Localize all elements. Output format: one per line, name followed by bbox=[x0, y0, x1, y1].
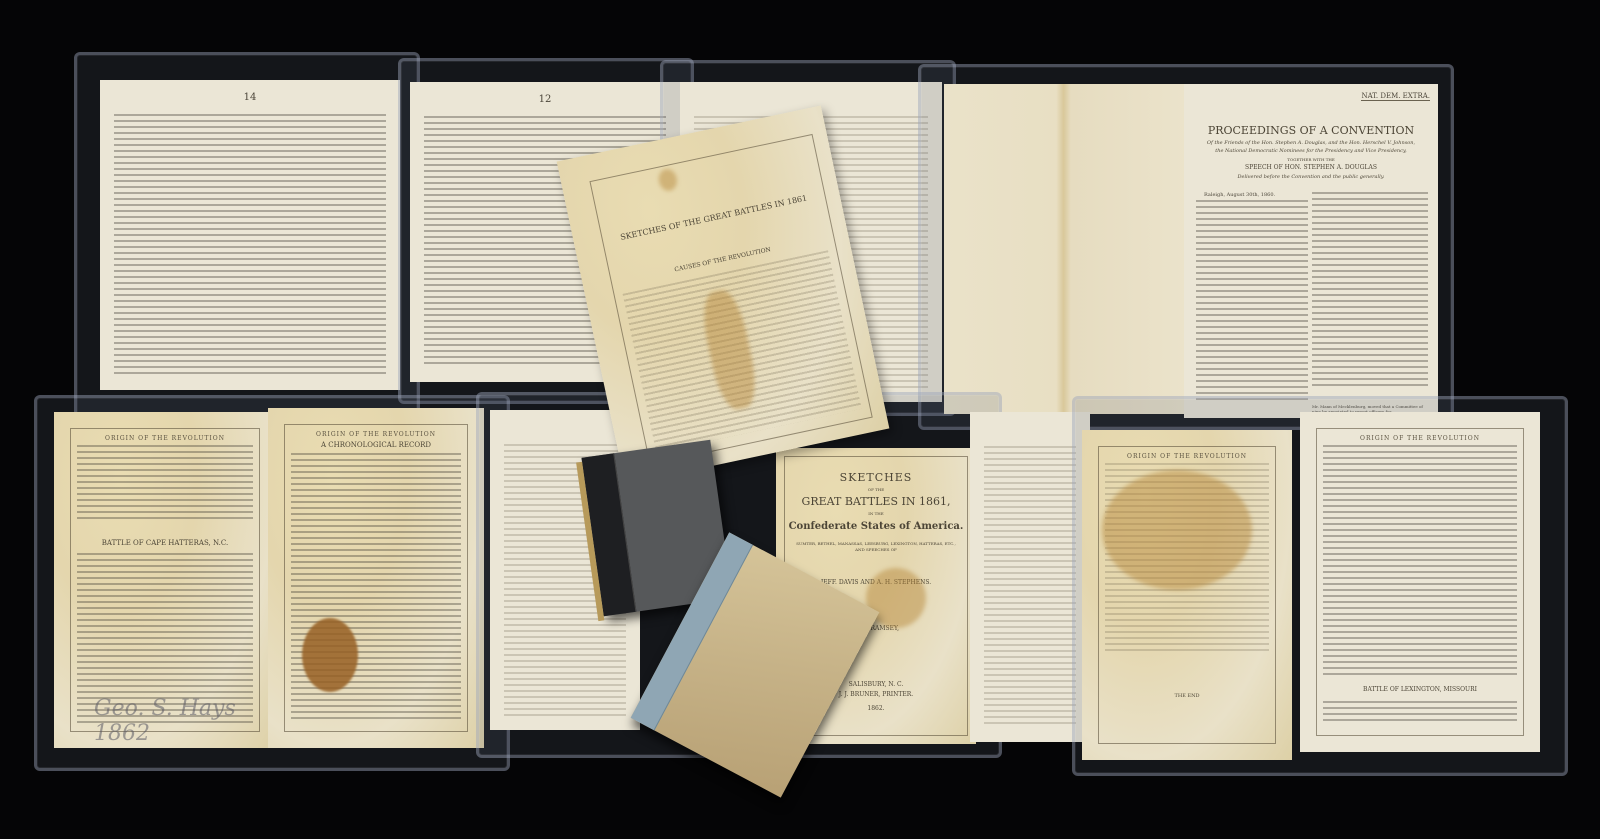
convention-subtitle-2: the National Democratic Nominees for the… bbox=[1190, 148, 1432, 154]
title-line-4: IN THE bbox=[785, 511, 967, 516]
title-line-1: SKETCHES bbox=[785, 471, 967, 484]
pamphlet-page-the-end: ORIGIN OF THE REVOLUTION THE END bbox=[1082, 430, 1292, 760]
body-text-upper bbox=[77, 445, 253, 521]
running-head: ORIGIN OF THE REVOLUTION bbox=[1317, 435, 1523, 442]
convention-subtitle-1: Of the Friends of the Hon. Stephen A. Do… bbox=[1190, 140, 1432, 146]
dateline: Raleigh, August 30th, 1860. bbox=[1204, 192, 1275, 198]
running-head: ORIGIN OF THE REVOLUTION bbox=[285, 431, 467, 438]
lexington-heading: BATTLE OF LEXINGTON, MISSOURI bbox=[1317, 686, 1523, 693]
the-end-label: THE END bbox=[1099, 693, 1275, 699]
speech-subtitle: Delivered before the Convention and the … bbox=[1184, 174, 1438, 180]
title-line-6: SUMTER, BETHEL, MANASSAS, LEESBURG, LEXI… bbox=[791, 541, 961, 553]
running-head: ORIGIN OF THE REVOLUTION bbox=[1099, 453, 1275, 460]
water-stain bbox=[302, 618, 358, 692]
page-number: 12 bbox=[410, 94, 680, 105]
speech-title: SPEECH OF HON. STEPHEN A. DOUGLAS bbox=[1184, 164, 1438, 171]
pamphlet-page-cape-hatteras: ORIGIN OF THE REVOLUTION BATTLE OF CAPE … bbox=[54, 412, 276, 748]
battle-heading: BATTLE OF CAPE HATTERAS, N.C. bbox=[71, 539, 259, 547]
together-with: TOGETHER WITH THE bbox=[1184, 157, 1438, 162]
water-stain bbox=[1102, 470, 1252, 590]
proceedings-column-left bbox=[1196, 200, 1308, 402]
pamphlet-page-chronological-record: ORIGIN OF THE REVOLUTION A CHRONOLOGICAL… bbox=[268, 408, 484, 748]
body-text bbox=[1323, 445, 1517, 675]
record-heading: A CHRONOLOGICAL RECORD bbox=[285, 441, 467, 449]
running-head: ORIGIN OF THE REVOLUTION bbox=[71, 435, 259, 442]
page-border: ORIGIN OF THE REVOLUTION A CHRONOLOGICAL… bbox=[284, 424, 468, 732]
body-text bbox=[984, 446, 1076, 728]
pamphlet-page-lexington: ORIGIN OF THE REVOLUTION BATTLE OF LEXIN… bbox=[1300, 412, 1540, 752]
convention-title: PROCEEDINGS OF A CONVENTION bbox=[1184, 124, 1438, 137]
body-text-lower bbox=[1323, 701, 1517, 725]
page-border: ORIGIN OF THE REVOLUTION BATTLE OF LEXIN… bbox=[1316, 428, 1524, 736]
title-line-2: OF THE bbox=[785, 487, 967, 492]
blank-folded-sheet bbox=[944, 84, 1188, 414]
proceedings-column-right bbox=[1312, 192, 1428, 388]
page-number: 14 bbox=[100, 92, 400, 103]
header-tag: NAT. DEM. EXTRA. bbox=[1361, 92, 1430, 101]
convention-proceedings-sheet: NAT. DEM. EXTRA. PROCEEDINGS OF A CONVEN… bbox=[1184, 84, 1438, 418]
newspaper-page-left: 14 bbox=[100, 80, 400, 390]
page-border: ORIGIN OF THE REVOLUTION BATTLE OF CAPE … bbox=[70, 428, 260, 732]
handwritten-signature: Geo. S. Hays 1862 bbox=[94, 696, 276, 746]
title-line-5: Confederate States of America. bbox=[785, 521, 967, 532]
title-line-3: GREAT BATTLES IN 1861, bbox=[785, 495, 967, 508]
pamphlet-title: SKETCHES OF THE GREAT BATTLES IN 1861 bbox=[602, 190, 825, 246]
body-text bbox=[114, 114, 386, 376]
